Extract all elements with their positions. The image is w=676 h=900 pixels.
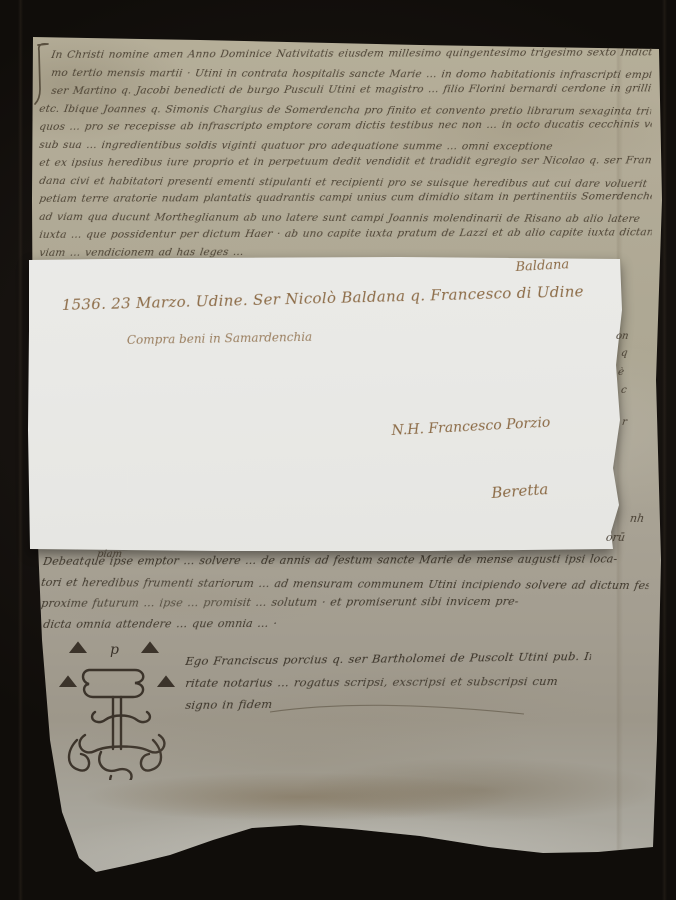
notary-signum-icon: p [55,640,190,780]
manuscript-line: ad viam qua ducunt Mortheglianum ab uno … [38,212,651,225]
slip-archival-name: Baldana [515,258,569,275]
photographed-document-page: In Christi nomine amen Anno Dominice Nat… [0,0,676,900]
edge-fragment: piam [96,549,123,560]
backdrop-fold-highlight [18,0,23,900]
edge-fragment: c [620,385,627,396]
initial-letter-icon [33,41,51,107]
manuscript-line: mo tertio mensis martii · Utini in contr… [50,68,651,81]
manuscript-line: sub sua … ingredientibus soldis viginti … [38,140,651,153]
svg-text:p: p [110,642,119,658]
slip-second-signature: Beretta [491,481,549,501]
pen-flourish-icon [268,700,528,718]
manuscript-line: dicta omnia attendere … que omnia … · [43,618,375,630]
notary-subscription-line: ritate notarius … rogatus scripsi, exscr… [185,676,592,690]
edge-fragment: orū [605,531,626,544]
edge-fragment: on [615,331,629,342]
edge-fragment: nh [629,512,645,525]
backdrop-fold-highlight [662,0,667,900]
